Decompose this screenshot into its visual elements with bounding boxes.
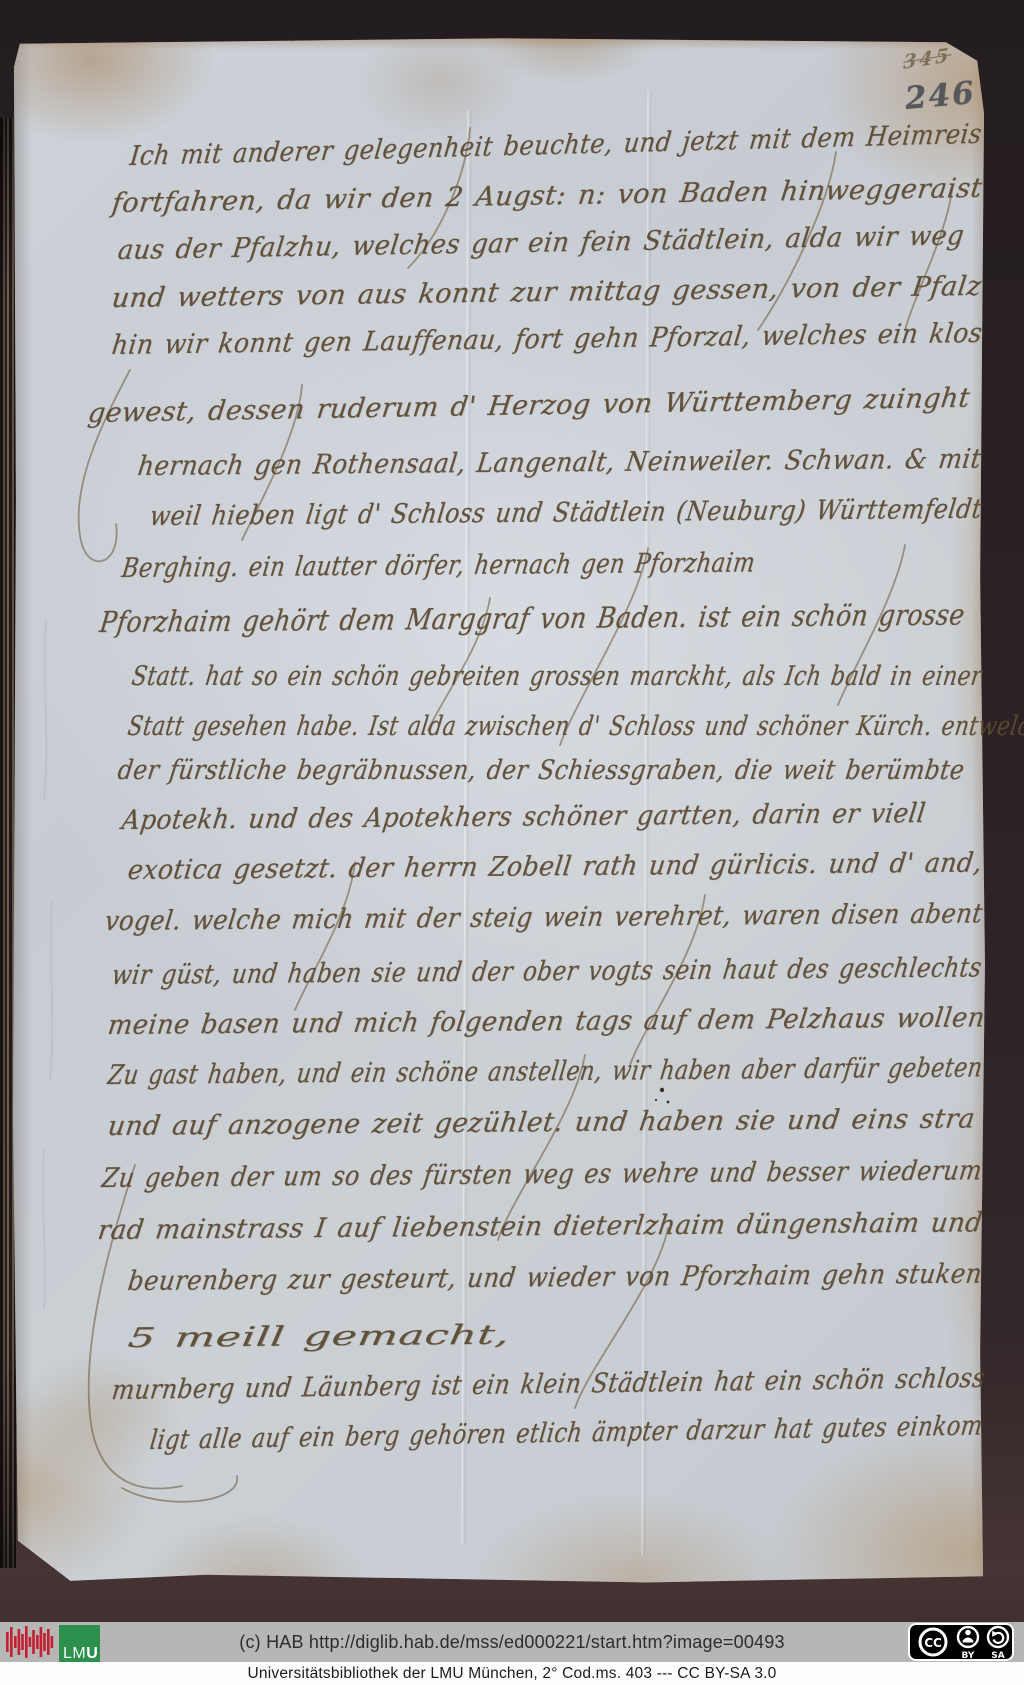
manuscript-line: der fürstliche begräbnussen, der Schiess… (116, 755, 967, 786)
attribution-text: Universitätsbibliothek der LMU München, … (248, 1665, 777, 1683)
credit-text: (c) HAB http://diglib.hab.de/mss/ed00022… (0, 1622, 1024, 1662)
manuscript-line: Statt gesehen habe. Ist alda zwischen d'… (126, 711, 1024, 742)
cc-by-sa-badge: CC BY SA (908, 1623, 1014, 1661)
svg-text:SA: SA (991, 1651, 1004, 1661)
attribution-strip: Universitätsbibliothek der LMU München, … (0, 1662, 1024, 1685)
digitized-manuscript-viewer: Ich mit anderer gelegenheit beuchte, und… (0, 0, 1024, 1685)
svg-text:CC: CC (924, 1636, 942, 1650)
manuscript-line: Berghing. ein lautter dörfer, hernach ge… (120, 547, 757, 584)
svg-text:BY: BY (962, 1651, 975, 1661)
manuscript-line: Statt. hat so ein schön gebreiten grosse… (130, 661, 984, 692)
footer-credit-bar: LMU (c) HAB http://diglib.hab.de/mss/ed0… (0, 1622, 1024, 1662)
manuscript-line: 5 meill gemacht, (126, 1320, 512, 1354)
folio-number-pencil: 246 (904, 75, 978, 117)
book-fore-edge (0, 118, 16, 1568)
